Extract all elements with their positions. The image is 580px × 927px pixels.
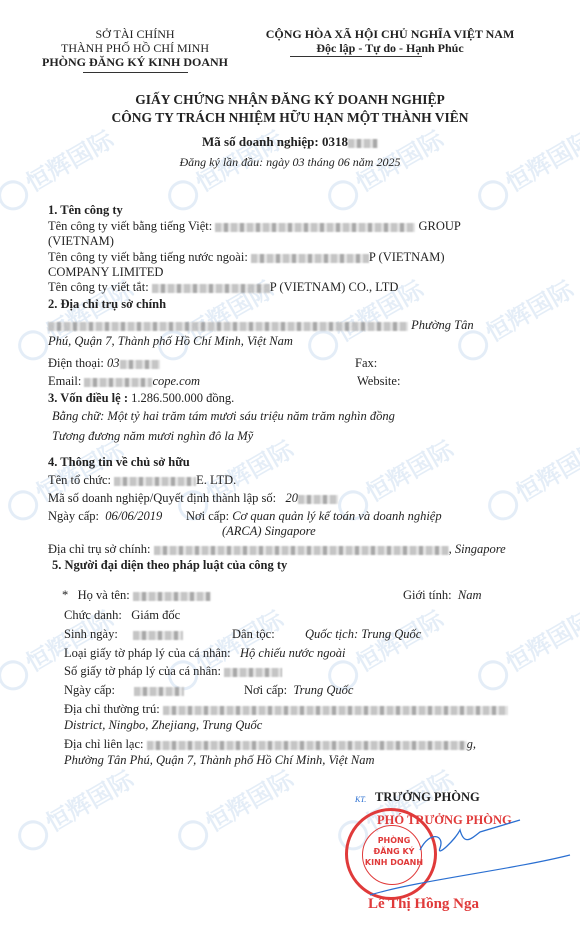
rep-id-number: Số giấy tờ pháp lý của cá nhân: xyxy=(64,664,282,679)
capital-equivalent: Tương đương năm mươi nghìn đô la Mỹ xyxy=(52,429,253,444)
header-right-line2: Độc lập - Tự do - Hạnh Phúc xyxy=(240,41,540,56)
rep-ethnicity: Dân tộc: xyxy=(232,627,275,642)
certificate-title: GIẤY CHỨNG NHẬN ĐĂNG KÝ DOANH NGHIỆP xyxy=(0,92,580,108)
rep-title: Chức danh: Giám đốc xyxy=(64,608,180,623)
header-left-line2: THÀNH PHỐ HỒ CHÍ MINH xyxy=(40,41,230,56)
rep-contact-address: Địa chỉ liên lạc: g, xyxy=(64,737,476,752)
enterprise-code: Mã số doanh nghiệp: 0318 xyxy=(0,134,580,150)
section4-heading: 4. Thông tin về chủ sở hữu xyxy=(48,455,190,470)
fax-label: Fax: xyxy=(355,356,377,371)
foreign-name-line2: COMPANY LIMITED xyxy=(48,265,163,280)
header-left-line3: PHÒNG ĐĂNG KÝ KINH DOANH xyxy=(40,55,230,70)
owner-code: Mã số doanh nghiệp/Quyết định thành lập … xyxy=(48,491,338,506)
rep-id-type: Loại giấy tờ pháp lý của cá nhân: Hộ chi… xyxy=(64,646,345,661)
website-label: Website: xyxy=(357,374,400,389)
section1-heading: 1. Tên công ty xyxy=(48,203,123,218)
rep-permanent-address-line2: District, Ningbo, Zhejiang, Trung Quốc xyxy=(64,718,262,733)
short-name: Tên công ty viết tắt: P (VIETNAM) CO., L… xyxy=(48,280,398,295)
foreign-name: Tên công ty viết bằng tiếng nước ngoài: … xyxy=(48,250,445,265)
signature-scribble xyxy=(360,800,580,910)
section5-heading: 5. Người đại diện theo pháp luật của côn… xyxy=(52,558,287,573)
rep-gender: Giới tính: Nam xyxy=(403,588,482,603)
globe-icon xyxy=(323,175,364,216)
rep-dob: Sinh ngày: xyxy=(64,627,183,642)
hq-address: Phường Tân xyxy=(48,318,474,333)
rep-permanent-address: Địa chỉ thường trú: xyxy=(64,702,508,717)
globe-icon xyxy=(13,815,54,856)
divider xyxy=(83,72,188,73)
first-registration-date: Đăng ký lần đầu: ngày 03 tháng 06 năm 20… xyxy=(0,155,580,170)
owner-issue-place: Nơi cấp: Cơ quan quản lý kế toán và doan… xyxy=(186,509,442,524)
rep-id-issue-place: Nơi cấp: Trung Quốc xyxy=(244,683,353,698)
company-type-title: CÔNG TY TRÁCH NHIỆM HỮU HẠN MỘT THÀNH VI… xyxy=(0,110,580,126)
globe-icon xyxy=(473,655,514,696)
globe-icon xyxy=(163,175,204,216)
charter-capital: 3. Vốn điều lệ : 1.286.500.000 đồng. xyxy=(48,391,234,406)
header-left-line1: SỞ TÀI CHÍNH xyxy=(40,27,230,42)
globe-icon xyxy=(173,815,214,856)
email: Email: cope.com xyxy=(48,374,200,389)
globe-icon xyxy=(0,655,34,696)
hq-address-line2: Phú, Quận 7, Thành phố Hồ Chí Minh, Việt… xyxy=(48,334,293,349)
divider xyxy=(290,56,422,57)
watermark: 恒辉国际 xyxy=(470,600,580,696)
rep-name: * Họ và tên: xyxy=(62,588,211,603)
globe-icon xyxy=(473,175,514,216)
capital-in-words: Bằng chữ: Một tỷ hai trăm tám mươi sáu t… xyxy=(52,409,395,424)
owner-hq-address: Địa chỉ trụ sở chính: , Singapore xyxy=(48,542,506,557)
owner-org-name: Tên tổ chức: E. LTD. xyxy=(48,473,236,488)
owner-issue-place-line2: (ARCA) Singapore xyxy=(222,524,316,539)
globe-icon xyxy=(3,485,44,526)
signatory-name: Lê Thị Hồng Nga xyxy=(368,896,479,913)
globe-icon xyxy=(0,175,34,216)
watermark: 恒辉国际 xyxy=(170,760,300,856)
section2-heading: 2. Địa chỉ trụ sở chính xyxy=(48,297,166,312)
rep-contact-address-line2: Phường Tân Phú, Quận 7, Thành phố Hồ Chí… xyxy=(64,753,374,768)
owner-issue-date: Ngày cấp: 06/06/2019 xyxy=(48,509,162,524)
watermark: 恒辉国际 xyxy=(10,760,140,856)
rep-id-issue-date: Ngày cấp: xyxy=(64,683,184,698)
phone: Điện thoại: 03 xyxy=(48,356,160,371)
globe-icon xyxy=(483,485,524,526)
watermark: 恒辉国际 xyxy=(480,430,580,526)
header-right-line1: CỘNG HÒA XÃ HỘI CHỦ NGHĨA VIỆT NAM xyxy=(240,27,540,42)
vn-name-line2: (VIETNAM) xyxy=(48,234,114,249)
vn-name: Tên công ty viết bằng tiếng Việt: GROUP xyxy=(48,219,461,234)
rep-nationality: Quốc tịch: Trung Quốc xyxy=(305,627,421,642)
